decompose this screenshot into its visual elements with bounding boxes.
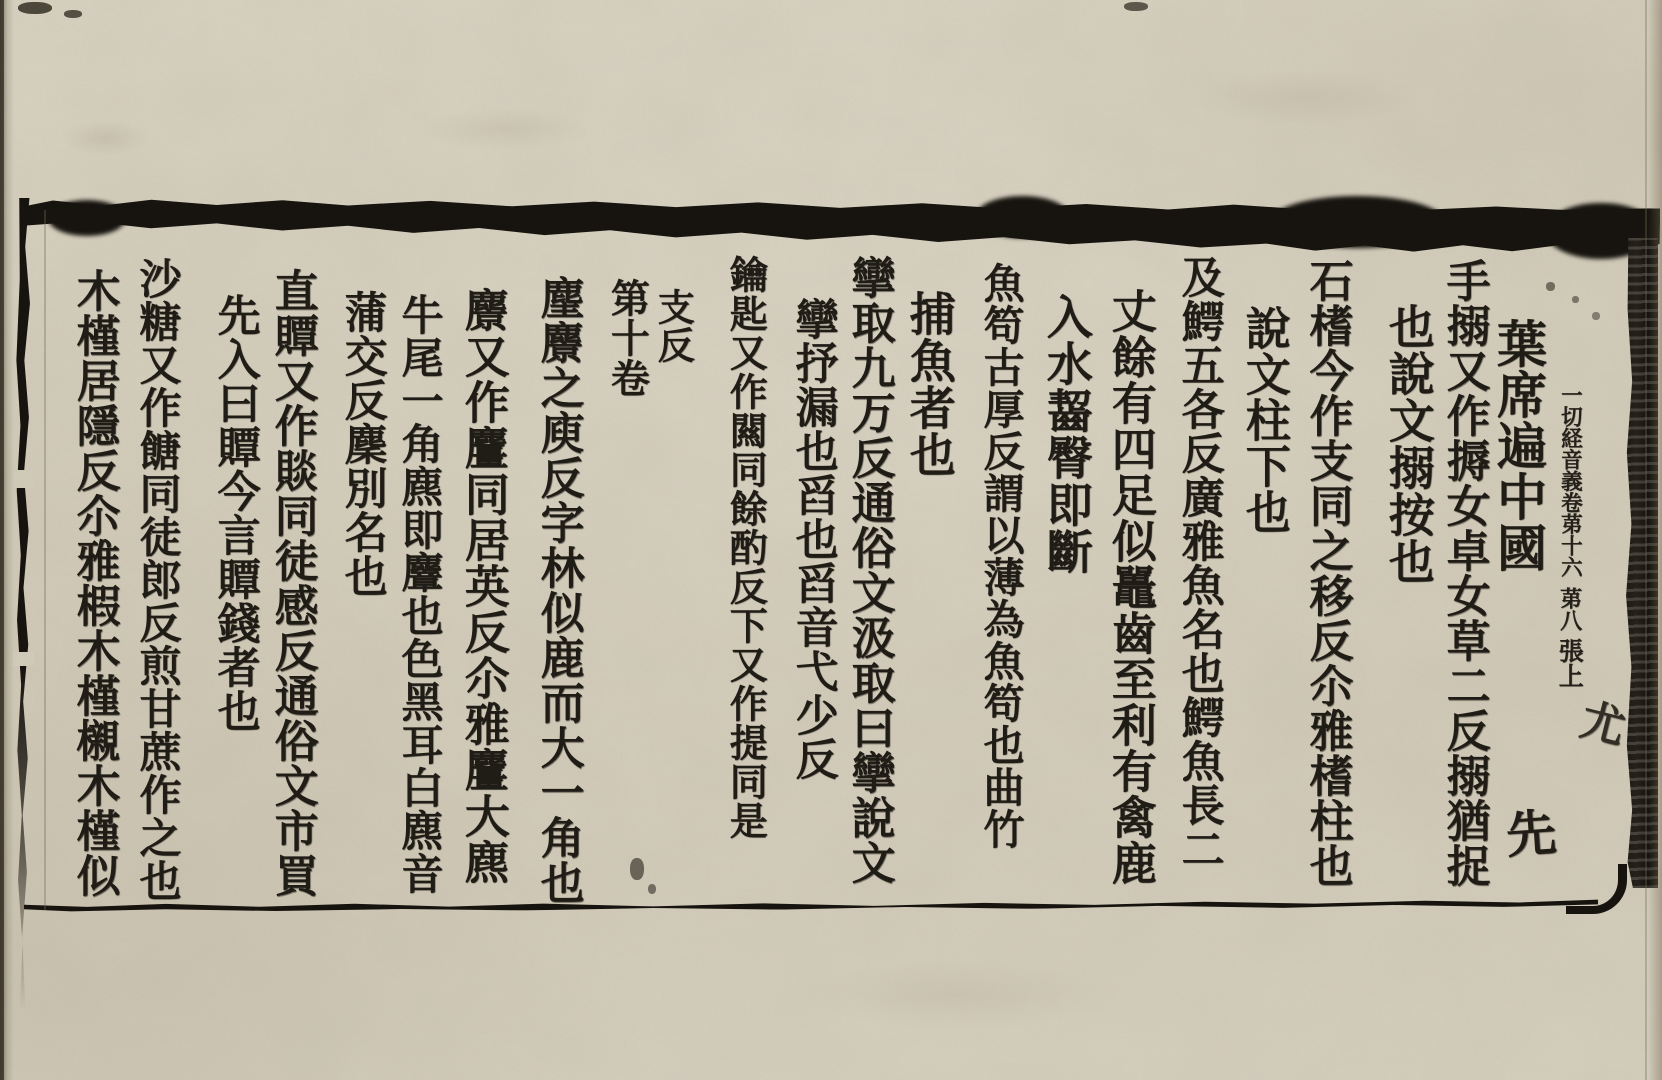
collation-mark: 尤: [1575, 684, 1633, 757]
ink-speck: [64, 10, 82, 18]
margin-title-column: 一切経音義卷苐十六 苐八 張上: [1556, 384, 1582, 688]
scan-edge-line: [0, 0, 4, 1080]
text-column-22: 沙糖又作餹同徒郎反煎甘蔗作之也: [135, 257, 180, 902]
paper-stain: [420, 108, 590, 150]
text-column-7: 丈餘有四足似鼉齒至利有禽鹿: [1106, 288, 1154, 886]
text-column-4: 石榰今作支同之移反尒雅榰柱也: [1303, 258, 1350, 888]
text-column-5: 說文柱下也: [1240, 305, 1288, 535]
frame-ink-blob: [1270, 196, 1445, 248]
frame-left-border: [15, 198, 32, 1010]
text-column-10: 捕魚者也: [905, 290, 954, 478]
frame-left-border-gap: [13, 470, 34, 488]
paper-crease: [44, 210, 46, 910]
text-column-2: 手搦又作搙女卓女草二反搦猶捉: [1440, 258, 1487, 888]
frame-ink-blob: [48, 200, 126, 236]
ink-speck: [1592, 312, 1600, 320]
text-column-3: 也說文搦按也: [1384, 303, 1433, 585]
text-column-19: 蒲交反麇別名也: [339, 290, 385, 598]
text-column-6: 及鰐五各反廣雅魚名也鰐魚長二: [1176, 255, 1222, 871]
text-column-9: 魚笱古厚反謂以薄為魚笱也曲竹: [978, 262, 1021, 850]
ink-speck: [1546, 282, 1555, 291]
ink-speck: [1124, 2, 1148, 11]
frame-ink-blob: [975, 196, 1070, 238]
frame-left-border-gap: [13, 652, 34, 666]
text-column-16: 麈麖之庾反字林似鹿而大一角也: [534, 275, 581, 905]
leaf-number: 苐八: [1558, 587, 1581, 631]
text-column-17: 麖又作麠同居英反尒雅麠大麃: [459, 287, 507, 885]
text-column-18: 牛尾一角麃即麞也色黑耳白麃音: [397, 293, 442, 895]
text-column-21: 先入曰贉今言贉錢者也: [212, 293, 258, 733]
scanned-leaf: 一切経音義卷苐十六 苐八 張上 尤 先 葉席遍中國 手搦又作搙女卓女草二反搦猶捉…: [0, 0, 1662, 1080]
text-column-8: 入水齧臀即斷: [1042, 293, 1091, 575]
text-column-14: 支反: [653, 288, 692, 364]
text-column-1: 葉席遍中國: [1492, 318, 1545, 573]
paper-stain: [1190, 70, 1420, 125]
collation-mark: 先: [1504, 792, 1559, 867]
text-column-23: 木槿居隱反尒雅椵木槿櫬木槿似: [70, 268, 117, 898]
ink-speck: [630, 858, 644, 880]
paper-stain: [60, 120, 150, 156]
ink-speck: [648, 884, 656, 894]
text-column-13: 鑰匙又作闗同餘酌反下又作提同是: [725, 255, 765, 840]
text-column-12: 攣抒漏也舀也舀音弋少反: [790, 297, 836, 781]
leaf-side-label: 張上: [1556, 638, 1582, 688]
frame-bottom-border: [24, 898, 1598, 912]
frame-corner: [1566, 864, 1627, 914]
ink-speck: [1572, 296, 1579, 303]
volume-title: 一切経音義卷苐十六: [1558, 384, 1581, 578]
paper-stain: [800, 960, 1120, 1030]
text-column-15: 第十卷: [606, 278, 647, 398]
text-column-11: 攣取九万反通俗文汲取曰攣說文: [845, 255, 892, 885]
ink-speck: [18, 2, 52, 14]
text-column-20: 直贉又作賧同徒感反通俗文市買: [268, 268, 315, 898]
scan-edge-right: [1648, 0, 1662, 1080]
